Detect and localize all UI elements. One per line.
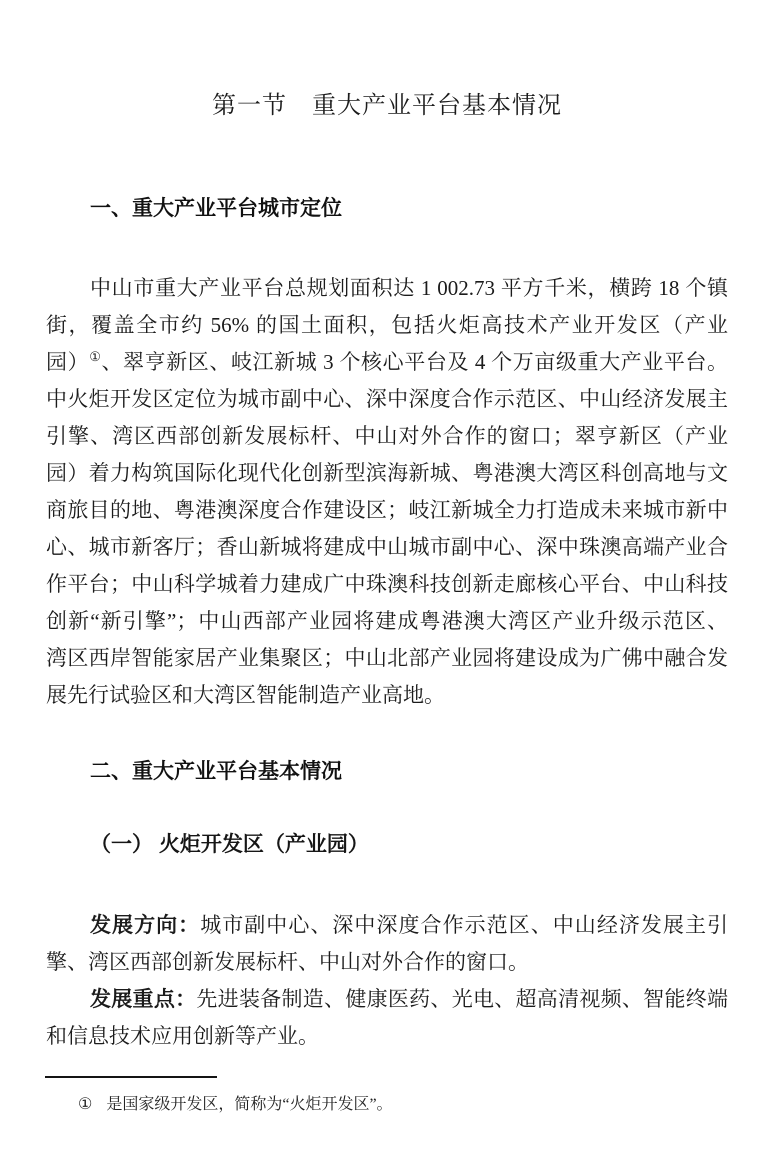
text-line: 作平台；中山科学城着力建成广中珠澳科技创新走廊核心平台、中山科技 (46, 566, 728, 603)
text-line: 展先行试验区和大湾区智能制造产业高地。 (46, 677, 728, 714)
text-line: 街，覆盖全市约 56% 的国土面积，包括火炬高技术产业开发区（产业 (46, 307, 728, 344)
text-line: 擎、湾区西部创新发展标杆、中山对外合作的窗口。 (46, 944, 728, 981)
heading-section-2: 二、重大产业平台基本情况 (46, 759, 728, 784)
paragraph-platform-overview: 中山市重大产业平台总规划面积达 1 002.73 平方千米，横跨 18 个镇街，… (46, 270, 728, 714)
paragraph-development-direction: 发展方向：城市副中心、深中深度合作示范区、中山经济发展主引擎、湾区西部创新发展标… (46, 907, 728, 981)
text-line: 园）着力构筑国际化现代化创新型滨海新城、粤港澳大湾区科创高地与文 (46, 455, 728, 492)
text-line: 引擎、湾区西部创新发展标杆、中山对外合作的窗口；翠亨新区（产业 (46, 418, 728, 455)
subheading-torch-development-zone: （一） 火炬开发区（产业园） (46, 832, 728, 857)
footnote: ①是国家级开发区，简称为“火炬开发区”。 (46, 1094, 728, 1116)
footnote-text: 是国家级开发区，简称为“火炬开发区”。 (106, 1096, 392, 1113)
run-in-label: 发展重点： (90, 987, 196, 1011)
text-line: 中山市重大产业平台总规划面积达 1 002.73 平方千米，横跨 18 个镇 (46, 270, 728, 307)
text-line: 商旅目的地、粤港澳深度合作建设区；岐江新城全力打造成未来城市新中 (46, 492, 728, 529)
heading-section-1: 一、重大产业平台城市定位 (46, 196, 728, 221)
text-line: 心、城市新客厅；香山新城将建成中山城市副中心、深中珠澳高端产业合 (46, 529, 728, 566)
text-line: 湾区西岸智能家居产业集聚区；中山北部产业园将建设成为广佛中融合发 (46, 640, 728, 677)
text-line: 园）①、翠亨新区、岐江新城 3 个核心平台及 4 个万亩级重大产业平台。其 (46, 344, 728, 381)
text-line: 发展方向：城市副中心、深中深度合作示范区、中山经济发展主引 (46, 907, 728, 944)
text-line: 创新“新引擎”；中山西部产业园将建成粤港澳大湾区产业升级示范区、 (46, 603, 728, 640)
chapter-title: 第一节 重大产业平台基本情况 (46, 0, 728, 120)
footnote-marker: ① (78, 1096, 92, 1113)
footnote-ref-superscript: ① (89, 349, 101, 364)
paragraph-development-focus: 发展重点：先进装备制造、健康医药、光电、超高清视频、智能终端和信息技术应用创新等… (46, 981, 728, 1055)
run-in-label: 发展方向： (90, 913, 200, 937)
text-line: 发展重点：先进装备制造、健康医药、光电、超高清视频、智能终端 (46, 981, 728, 1018)
footnote-separator (45, 1076, 217, 1078)
document-page: 第一节 重大产业平台基本情况 一、重大产业平台城市定位 中山市重大产业平台总规划… (0, 0, 780, 1165)
text-line: 中火炬开发区定位为城市副中心、深中深度合作示范区、中山经济发展主 (46, 381, 728, 418)
text-line: 和信息技术应用创新等产业。 (46, 1018, 728, 1055)
